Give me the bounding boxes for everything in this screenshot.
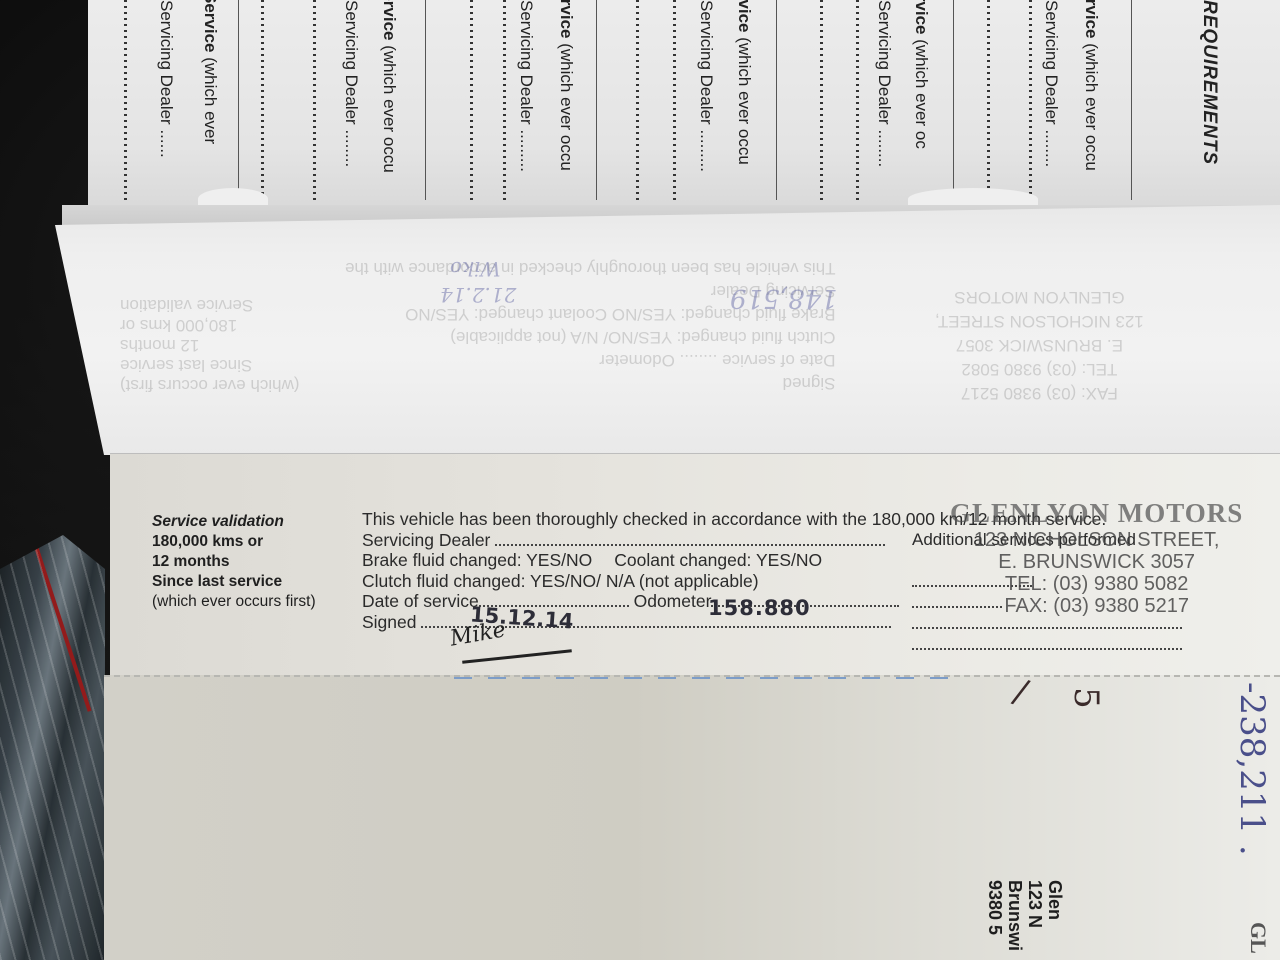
mirrored-form: Signed Date of service ........ Odometer… [345,257,835,395]
brake-fluid-label: Brake fluid changed: YES/NO [362,550,592,570]
dealer-fax: FAX: (03) 9380 5217 [950,595,1243,617]
handwritten-number: -238,211 . [1232,682,1272,856]
mirrored-left-block: (which ever occurs first) Since last ser… [120,295,299,395]
pencil-signature: Wiko [450,257,501,281]
booklet-top-page: Servicing Dealer ...... Service (which e… [88,0,1280,210]
folded-flap: (which ever occurs first) Since last ser… [55,205,1280,455]
pencil-odometer: 148,519 [730,283,838,313]
rotated-dealer-stamp: Glen 123 N Brunswi 9380 5 [985,880,1065,951]
dealer-suburb: E. BRUNSWICK 3057 [950,551,1243,573]
service-validation-title: Service validation [152,512,316,532]
pencil-date: 21.2.14 [440,283,516,307]
lower-page [104,675,1280,960]
plastic-bag [0,535,105,960]
dealer-street: 123 NICHOLSON STREET, [950,529,1243,551]
requirements-heading: REQUIREMENTS [1198,0,1220,165]
handwritten-odometer: 158.880 [708,596,811,620]
dealer-tel: TEL: (03) 9380 5082 [950,573,1243,595]
service-validation-heading-block: Service validation 180,000 kms or 12 mon… [152,512,316,612]
rotated-dealer-heading: GL [1248,922,1268,954]
coolant-label: Coolant changed: YES/NO [614,550,822,570]
dealer-stamp: GLENLYON MOTORS 123 NICHOLSON STREET, E.… [950,498,1243,617]
dealer-name: GLENLYON MOTORS [950,498,1243,529]
handwritten-mark: 5 [1066,687,1106,709]
mirrored-stamp: FAX: (03) 9380 5217 TEL: (03) 9380 5082 … [935,285,1144,405]
